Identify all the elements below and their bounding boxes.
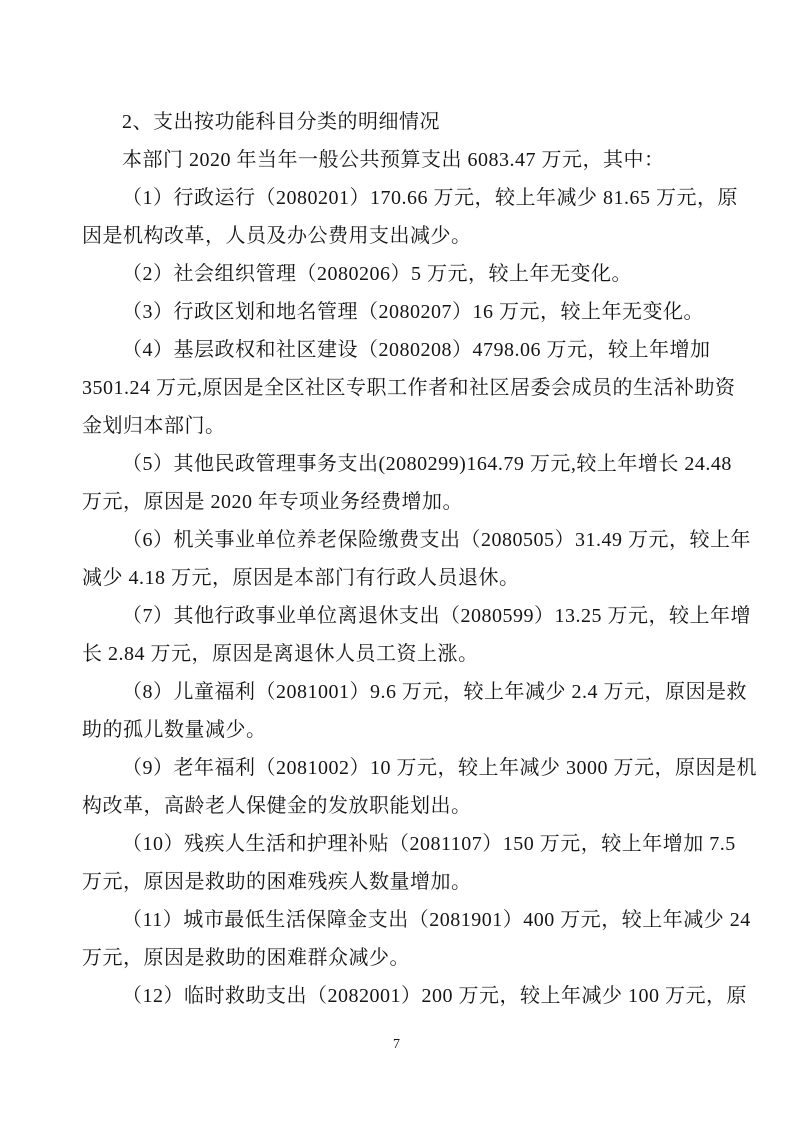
paragraph: （6）机关事业单位养老保险缴费支出（2080505）31.49 万元，较上年减少…: [82, 521, 700, 597]
text-line: （5）其他民政管理事务支出(2080299)164.79 万元,较上年增长 24…: [82, 445, 700, 483]
text-line: 构改革，高龄老人保健金的发放职能划出。: [82, 787, 700, 825]
paragraphs-container: 本部门 2020 年当年一般公共预算支出 6083.47 万元，其中：（1）行政…: [82, 141, 700, 1015]
text-line: （8）儿童福利（2081001）9.6 万元，较上年减少 2.4 万元，原因是救: [82, 673, 700, 711]
text-line: 万元，原因是救助的困难残疾人数量增加。: [82, 863, 700, 901]
text-line: 万元，原因是救助的困难群众减少。: [82, 939, 700, 977]
text-line: 因是机构改革，人员及办公费用支出减少。: [82, 217, 700, 255]
document-body: 2、支出按功能科目分类的明细情况 本部门 2020 年当年一般公共预算支出 60…: [82, 103, 700, 1015]
text-line: （4）基层政权和社区建设（2080208）4798.06 万元，较上年增加: [82, 331, 700, 369]
paragraph: 本部门 2020 年当年一般公共预算支出 6083.47 万元，其中：: [82, 141, 700, 179]
paragraph: （11）城市最低生活保障金支出（2081901）400 万元，较上年减少 24万…: [82, 901, 700, 977]
section-heading: 2、支出按功能科目分类的明细情况: [82, 103, 700, 141]
paragraph: （10）残疾人生活和护理补贴（2081107）150 万元，较上年增加 7.5万…: [82, 825, 700, 901]
paragraph: （7）其他行政事业单位离退休支出（2080599）13.25 万元，较上年增长 …: [82, 597, 700, 673]
text-line: （10）残疾人生活和护理补贴（2081107）150 万元，较上年增加 7.5: [82, 825, 700, 863]
text-line: （12）临时救助支出（2082001）200 万元，较上年减少 100 万元，原: [82, 977, 700, 1015]
text-line: 金划归本部门。: [82, 407, 700, 445]
text-line: （3）行政区划和地名管理（2080207）16 万元，较上年无变化。: [82, 293, 700, 331]
text-line: （6）机关事业单位养老保险缴费支出（2080505）31.49 万元，较上年: [82, 521, 700, 559]
page-number: 7: [393, 1037, 400, 1052]
paragraph: （12）临时救助支出（2082001）200 万元，较上年减少 100 万元，原: [82, 977, 700, 1015]
text-line: （1）行政运行（2080201）170.66 万元，较上年减少 81.65 万元…: [82, 179, 700, 217]
paragraph: （1）行政运行（2080201）170.66 万元，较上年减少 81.65 万元…: [82, 179, 700, 255]
paragraph: （3）行政区划和地名管理（2080207）16 万元，较上年无变化。: [82, 293, 700, 331]
paragraph: （5）其他民政管理事务支出(2080299)164.79 万元,较上年增长 24…: [82, 445, 700, 521]
text-line: 万元，原因是 2020 年专项业务经费增加。: [82, 483, 700, 521]
text-line: （9）老年福利（2081002）10 万元，较上年减少 3000 万元，原因是机: [82, 749, 700, 787]
paragraph: （2）社会组织管理（2080206）5 万元，较上年无变化。: [82, 255, 700, 293]
paragraph: （8）儿童福利（2081001）9.6 万元，较上年减少 2.4 万元，原因是救…: [82, 673, 700, 749]
text-line: （7）其他行政事业单位离退休支出（2080599）13.25 万元，较上年增: [82, 597, 700, 635]
paragraph: （9）老年福利（2081002）10 万元，较上年减少 3000 万元，原因是机…: [82, 749, 700, 825]
page-footer: 7: [0, 1035, 793, 1055]
text-line: 助的孤儿数量减少。: [82, 711, 700, 749]
document-page: 2、支出按功能科目分类的明细情况 本部门 2020 年当年一般公共预算支出 60…: [0, 0, 793, 1122]
paragraph: （4）基层政权和社区建设（2080208）4798.06 万元，较上年增加350…: [82, 331, 700, 445]
text-line: 本部门 2020 年当年一般公共预算支出 6083.47 万元，其中：: [82, 141, 700, 179]
text-line: 减少 4.18 万元，原因是本部门有行政人员退休。: [82, 559, 700, 597]
text-line: （11）城市最低生活保障金支出（2081901）400 万元，较上年减少 24: [82, 901, 700, 939]
text-line: 长 2.84 万元，原因是离退休人员工资上涨。: [82, 635, 700, 673]
text-line: 3501.24 万元,原因是全区社区专职工作者和社区居委会成员的生活补助资: [82, 369, 700, 407]
text-line: （2）社会组织管理（2080206）5 万元，较上年无变化。: [82, 255, 700, 293]
